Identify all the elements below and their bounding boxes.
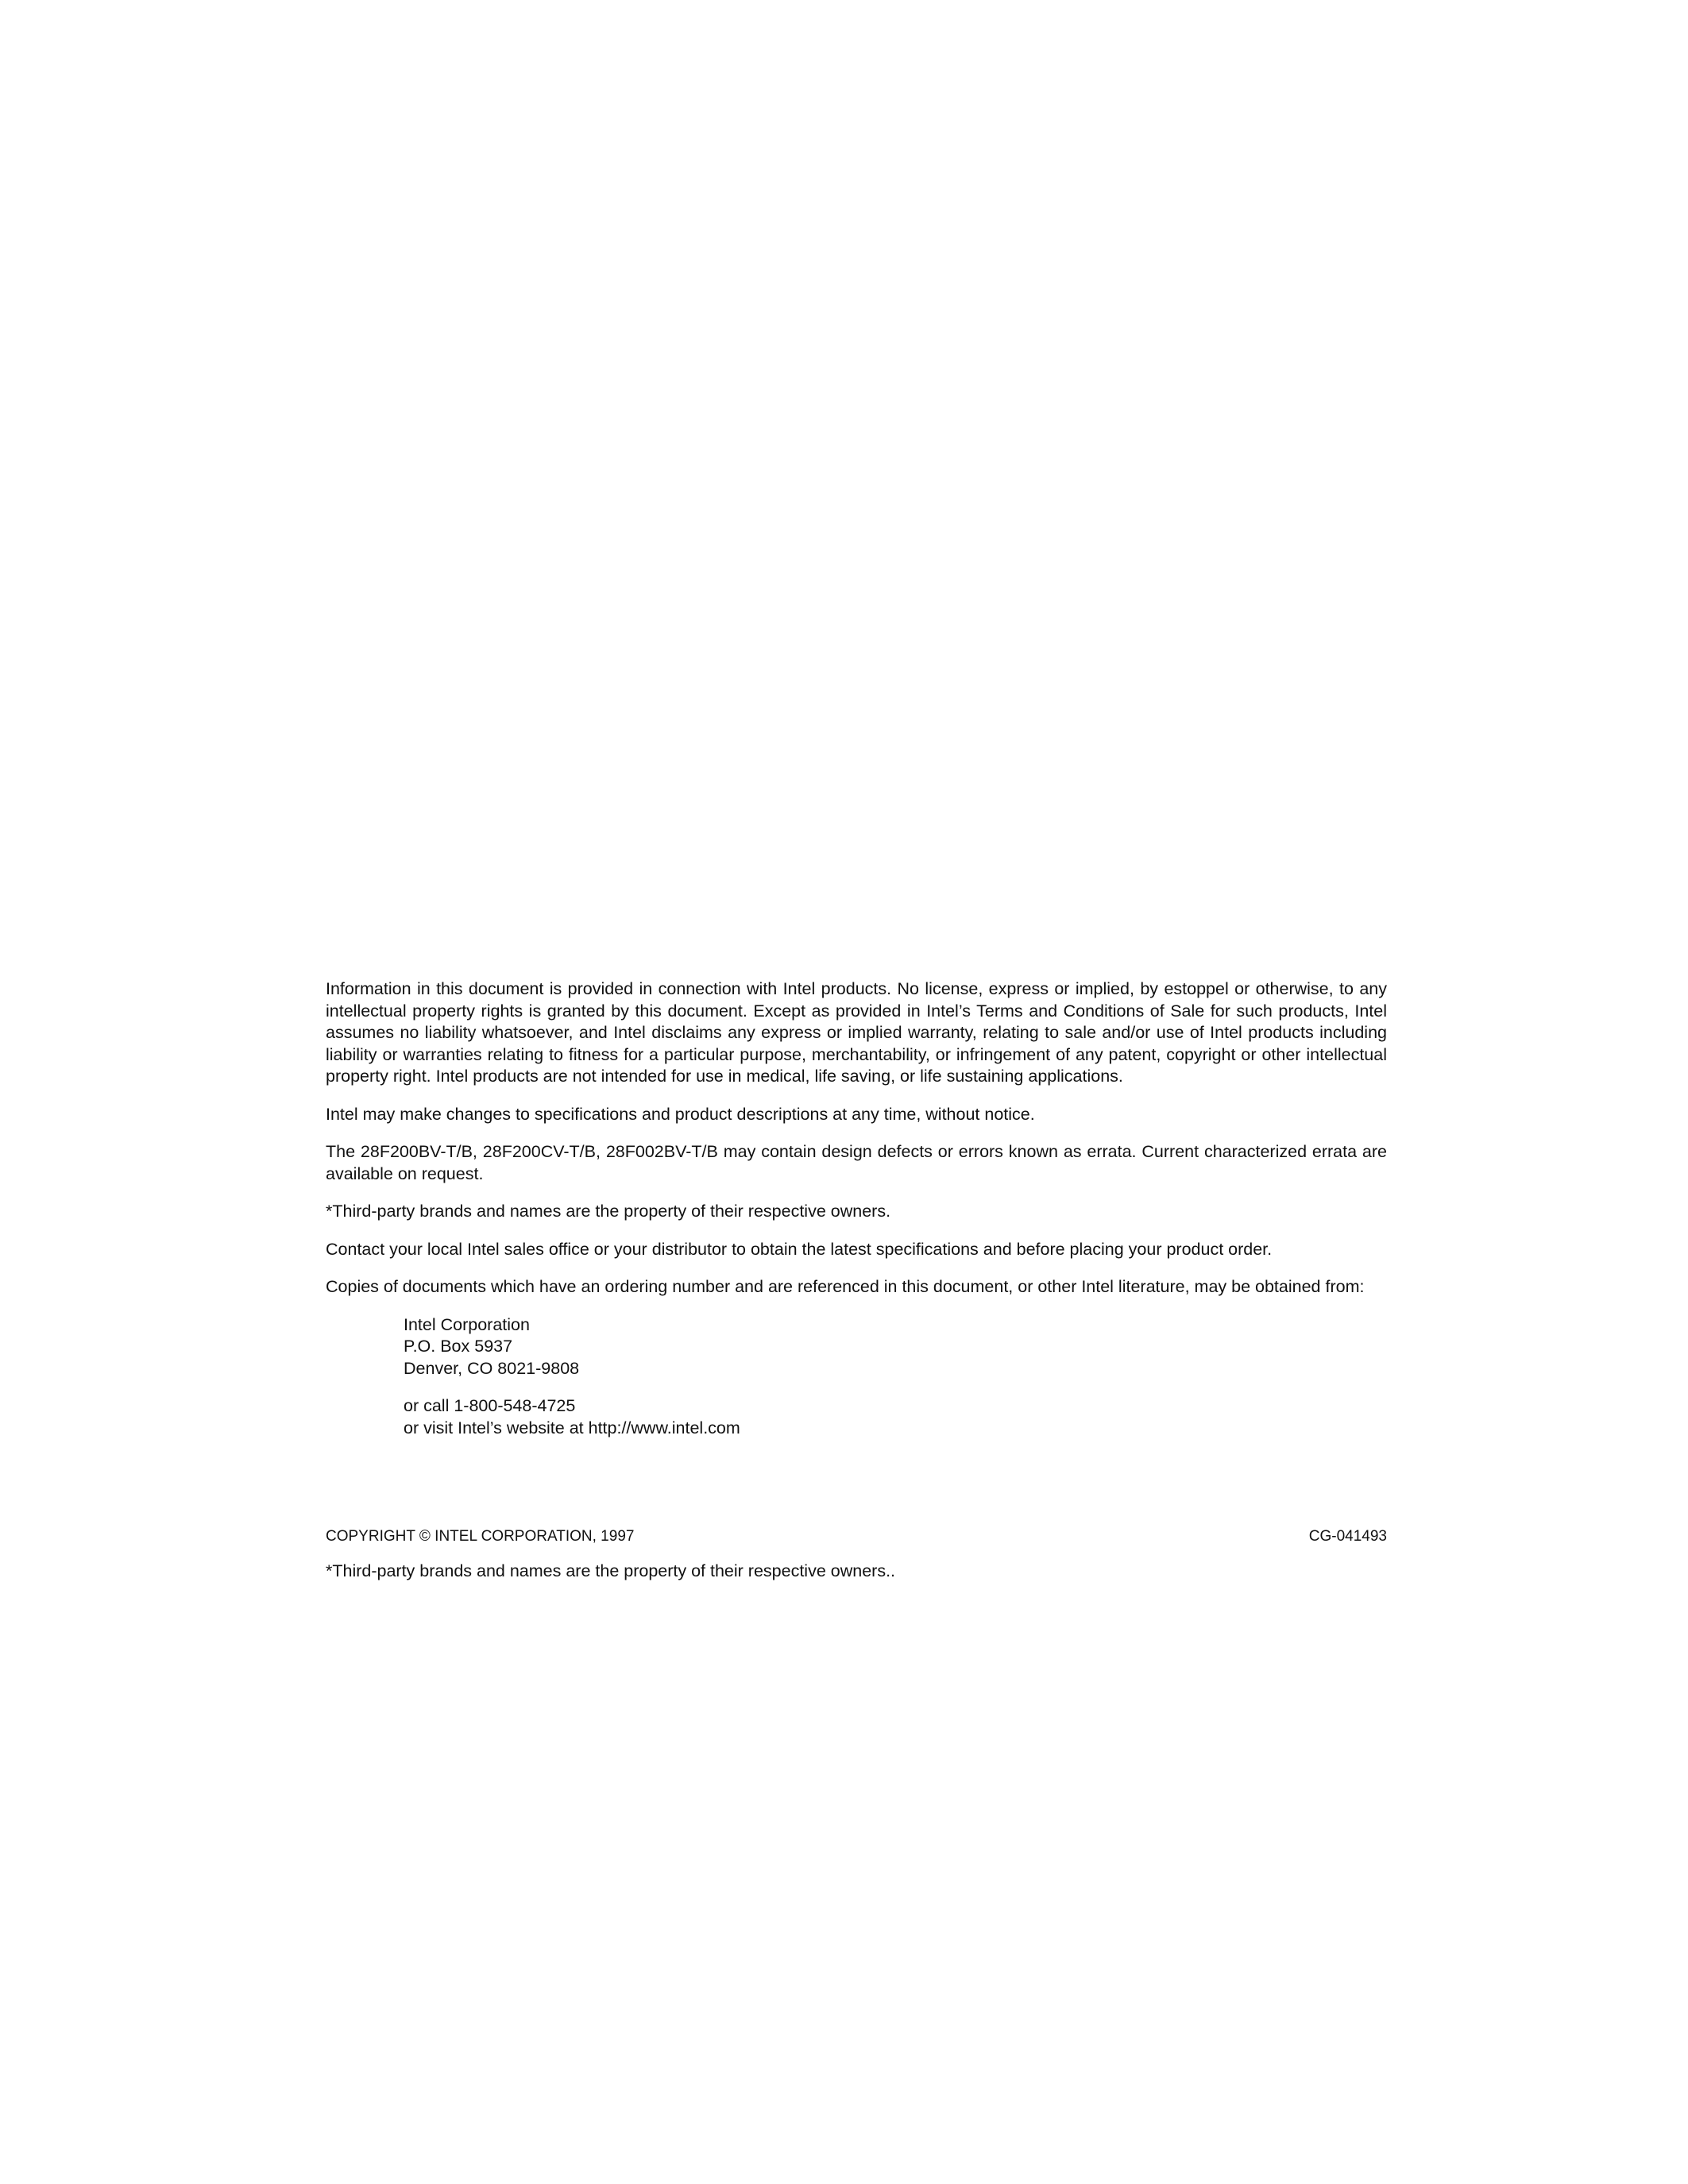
legal-notice: Information in this document is provided…	[326, 978, 1387, 1455]
address-line: Denver, CO 8021-9808	[404, 1358, 1387, 1380]
footnote: *Third-party brands and names are the pr…	[326, 1561, 895, 1581]
document-code: CG-041493	[1309, 1528, 1387, 1545]
changes-notice: Intel may make changes to specifications…	[326, 1104, 1387, 1126]
address-line: Intel Corporation	[404, 1314, 1387, 1337]
mailing-address: Intel Corporation P.O. Box 5937 Denver, …	[404, 1314, 1387, 1380]
errata-notice: The 28F200BV-T/B, 28F200CV-T/B, 28F002BV…	[326, 1141, 1387, 1185]
address-line: P.O. Box 5937	[404, 1336, 1387, 1358]
contact-info: or call 1-800-548-4725 or visit Intel’s …	[404, 1395, 1387, 1439]
trademark-notice: *Third-party brands and names are the pr…	[326, 1201, 1387, 1223]
website-line: or visit Intel’s website at http://www.i…	[404, 1418, 1387, 1440]
phone-line: or call 1-800-548-4725	[404, 1395, 1387, 1418]
contact-notice: Contact your local Intel sales office or…	[326, 1239, 1387, 1261]
disclaimer-paragraph: Information in this document is provided…	[326, 978, 1387, 1088]
copyright-row: COPYRIGHT © INTEL CORPORATION, 1997 CG-0…	[326, 1528, 1387, 1545]
copyright-text: COPYRIGHT © INTEL CORPORATION, 1997	[326, 1528, 634, 1545]
copies-notice: Copies of documents which have an orderi…	[326, 1276, 1387, 1298]
